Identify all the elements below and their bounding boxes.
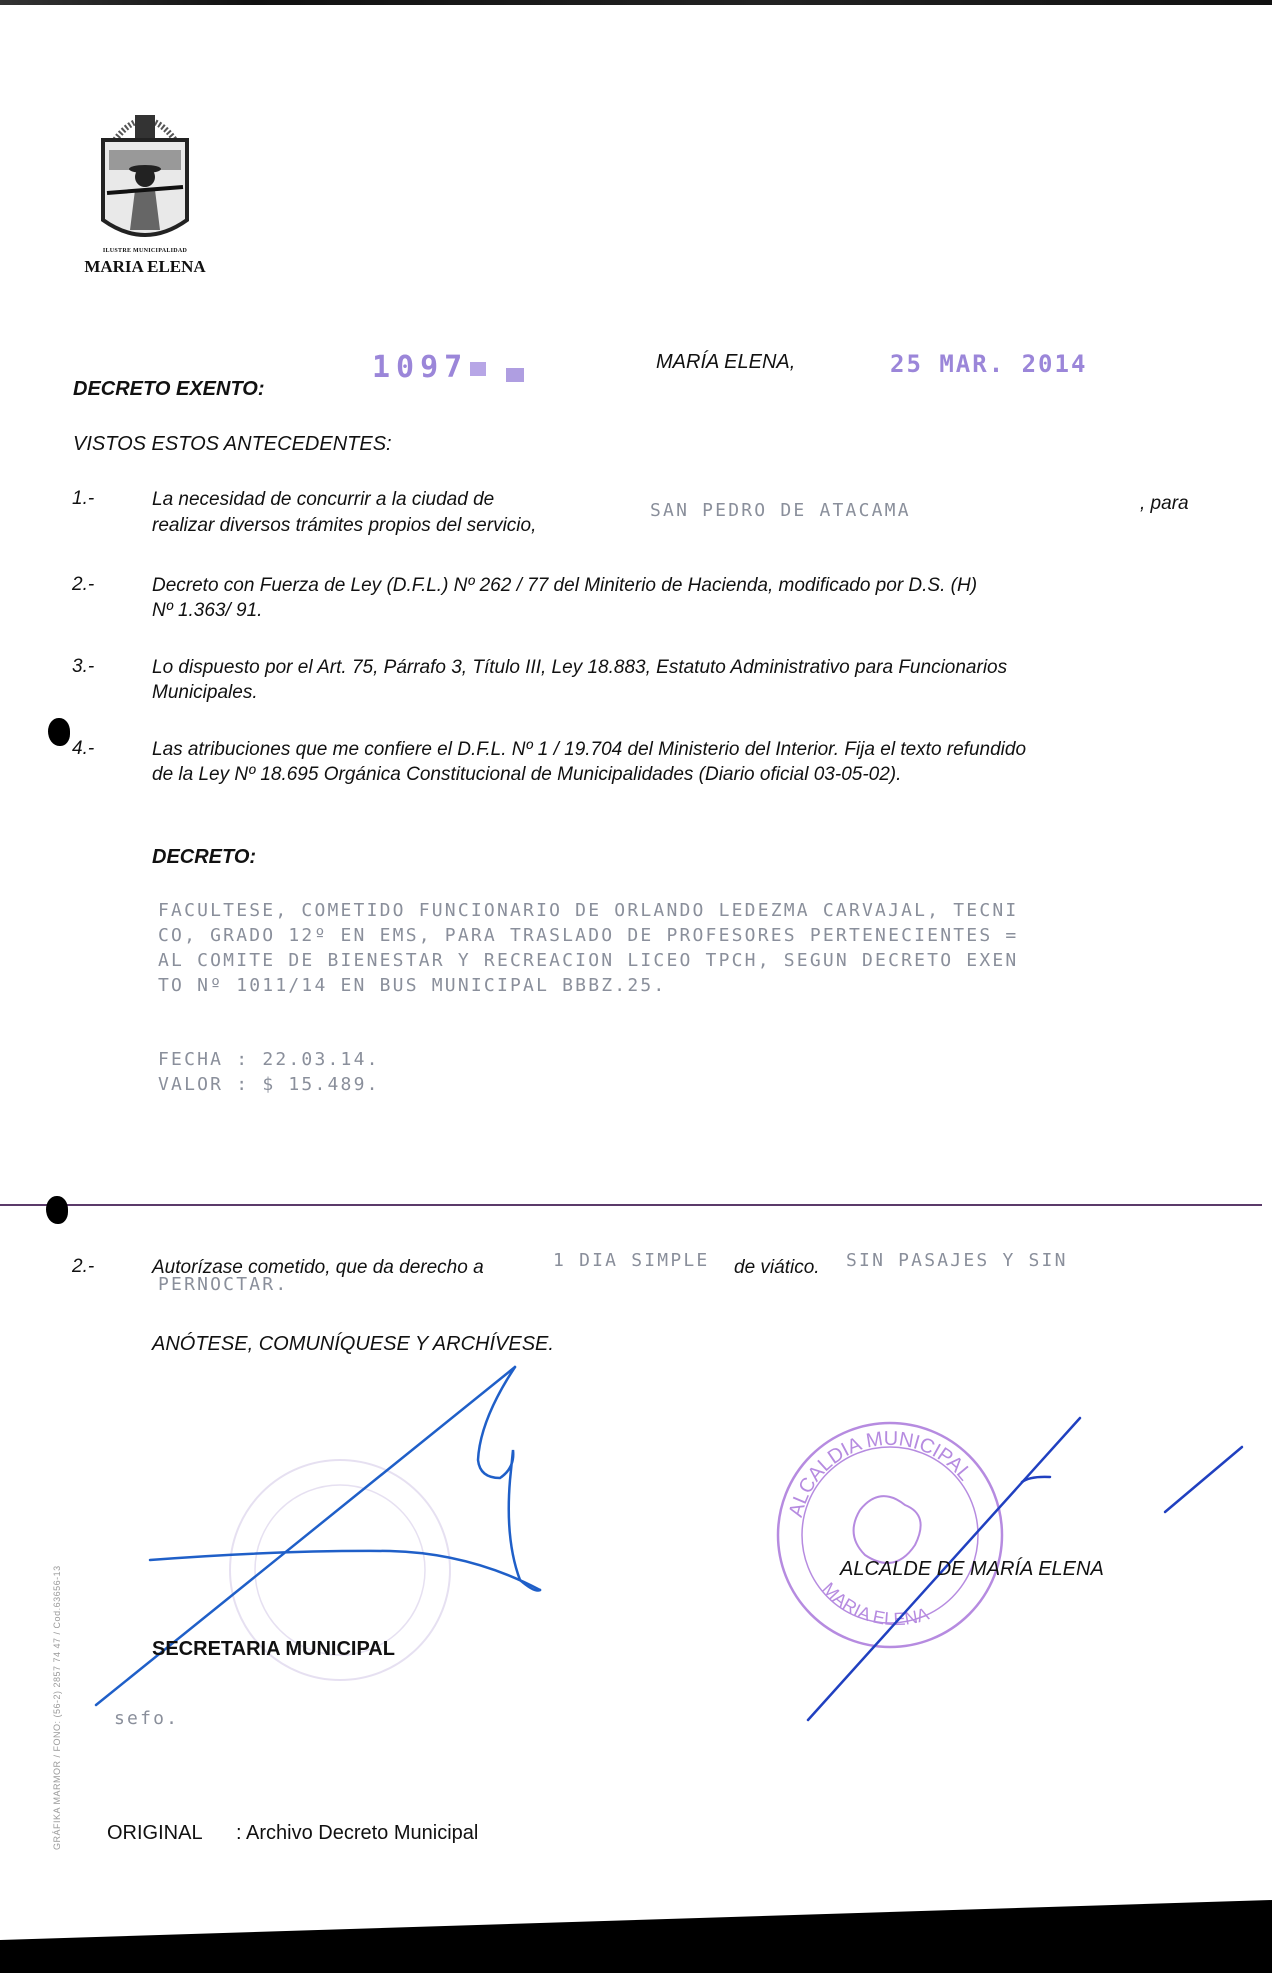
decreto-typed-line: FACULTESE, COMETIDO FUNCIONARIO DE ORLAN… xyxy=(158,898,1018,923)
decreto-heading: DECRETO: xyxy=(152,846,256,869)
scan-bottom-edge xyxy=(0,1900,1272,1973)
place-label: MARÍA ELENA, xyxy=(656,350,795,374)
scan-top-edge xyxy=(0,0,1272,5)
municipal-crest-logo xyxy=(95,95,195,245)
vistos-heading: VISTOS ESTOS ANTECEDENTES: xyxy=(73,432,392,456)
logo-title: MARIA ELENA xyxy=(60,257,230,277)
punch-hole xyxy=(48,718,70,746)
svg-text:ALCALDIA MUNICIPAL: ALCALDIA MUNICIPAL xyxy=(785,1428,976,1520)
typed-rest: SIN PASAJES Y SIN xyxy=(846,1248,1068,1273)
closing-formula: ANÓTESE, COMUNÍQUESE Y ARCHÍVESE. xyxy=(152,1332,554,1356)
vistos-item-number: 4.- xyxy=(72,738,94,760)
vistos-item-number: 3.- xyxy=(72,656,94,678)
logo-subtitle: ILUSTRE MUNICIPALIDAD xyxy=(70,248,220,254)
vistos-item-number: 2.- xyxy=(72,574,94,596)
secretary-title: SECRETARIA MUNICIPAL xyxy=(152,1638,395,1661)
mayor-title: ALCALDE DE MARÍA ELENA xyxy=(840,1558,1104,1581)
punch-hole xyxy=(46,1196,68,1224)
decree-label: DECRETO EXENTO: xyxy=(73,378,265,401)
svg-text:MARIA ELENA: MARIA ELENA xyxy=(818,1579,931,1630)
section-divider xyxy=(0,1204,1262,1206)
stamp-mark xyxy=(506,368,524,382)
typed-line2: PERNOCTAR. xyxy=(158,1272,288,1297)
valor-label: VALOR : xyxy=(158,1074,249,1095)
fecha-row: FECHA : 22.03.14. xyxy=(158,1047,380,1072)
vistos-item-4-line2: de la Ley Nº 18.695 Orgánica Constitucio… xyxy=(152,763,1202,787)
vistos-item-4-line1: Las atribuciones que me confiere el D.F.… xyxy=(152,738,1202,762)
fecha-label: FECHA : xyxy=(158,1049,249,1070)
initials: sefo. xyxy=(114,1706,179,1731)
printer-margin-text: GRÁFIKA MARMOR / FONO: (56-2) 2857 74 47… xyxy=(52,1565,62,1850)
valor-row: VALOR : $ 15.489. xyxy=(158,1072,380,1097)
stamp-mark xyxy=(470,362,486,376)
decree-item-2-after: de viático. xyxy=(734,1256,820,1280)
mayor-stamp-top-text: ALCALDIA MUNICIPAL xyxy=(785,1428,976,1520)
decreto-typed-line: CO, GRADO 12º EN EMS, PARA TRASLADO DE P… xyxy=(158,923,1018,948)
vistos-item-1-line2: realizar diversos trámites propios del s… xyxy=(152,514,1202,538)
vistos-item-number: 1.- xyxy=(72,488,94,510)
distribution-value: : Archivo Decreto Municipal xyxy=(236,1822,478,1845)
vistos-item-3-line2: Municipales. xyxy=(152,681,1202,705)
vistos-item-2-line2: Nº 1.363/ 91. xyxy=(152,599,1202,623)
mayor-stamp-bottom-text: MARIA ELENA xyxy=(818,1579,931,1630)
fecha-value: 22.03.14. xyxy=(262,1049,379,1070)
distribution-label: ORIGINAL xyxy=(107,1822,203,1845)
vistos-item-2-line1: Decreto con Fuerza de Ley (D.F.L.) Nº 26… xyxy=(152,574,1202,598)
decree-number-stamp: 1097 xyxy=(372,350,468,385)
decreto-typed-line: AL COMITE DE BIENESTAR Y RECREACION LICE… xyxy=(158,948,1018,973)
vistos-item-3-line1: Lo dispuesto por el Art. 75, Párrafo 3, … xyxy=(152,656,1202,680)
decree-item-number: 2.- xyxy=(72,1256,94,1278)
valor-value: $ 15.489. xyxy=(262,1074,379,1095)
decreto-typed-line: TO Nº 1011/14 EN BUS MUNICIPAL BBBZ.25. xyxy=(158,973,666,998)
vistos-item-1-end: , para xyxy=(1140,492,1189,516)
vistos-item-1-line1: La necesidad de concurrir a la ciudad de xyxy=(152,489,494,510)
typed-days: 1 DIA SIMPLE xyxy=(553,1248,709,1273)
date-stamp: 25 MAR. 2014 xyxy=(890,350,1087,378)
